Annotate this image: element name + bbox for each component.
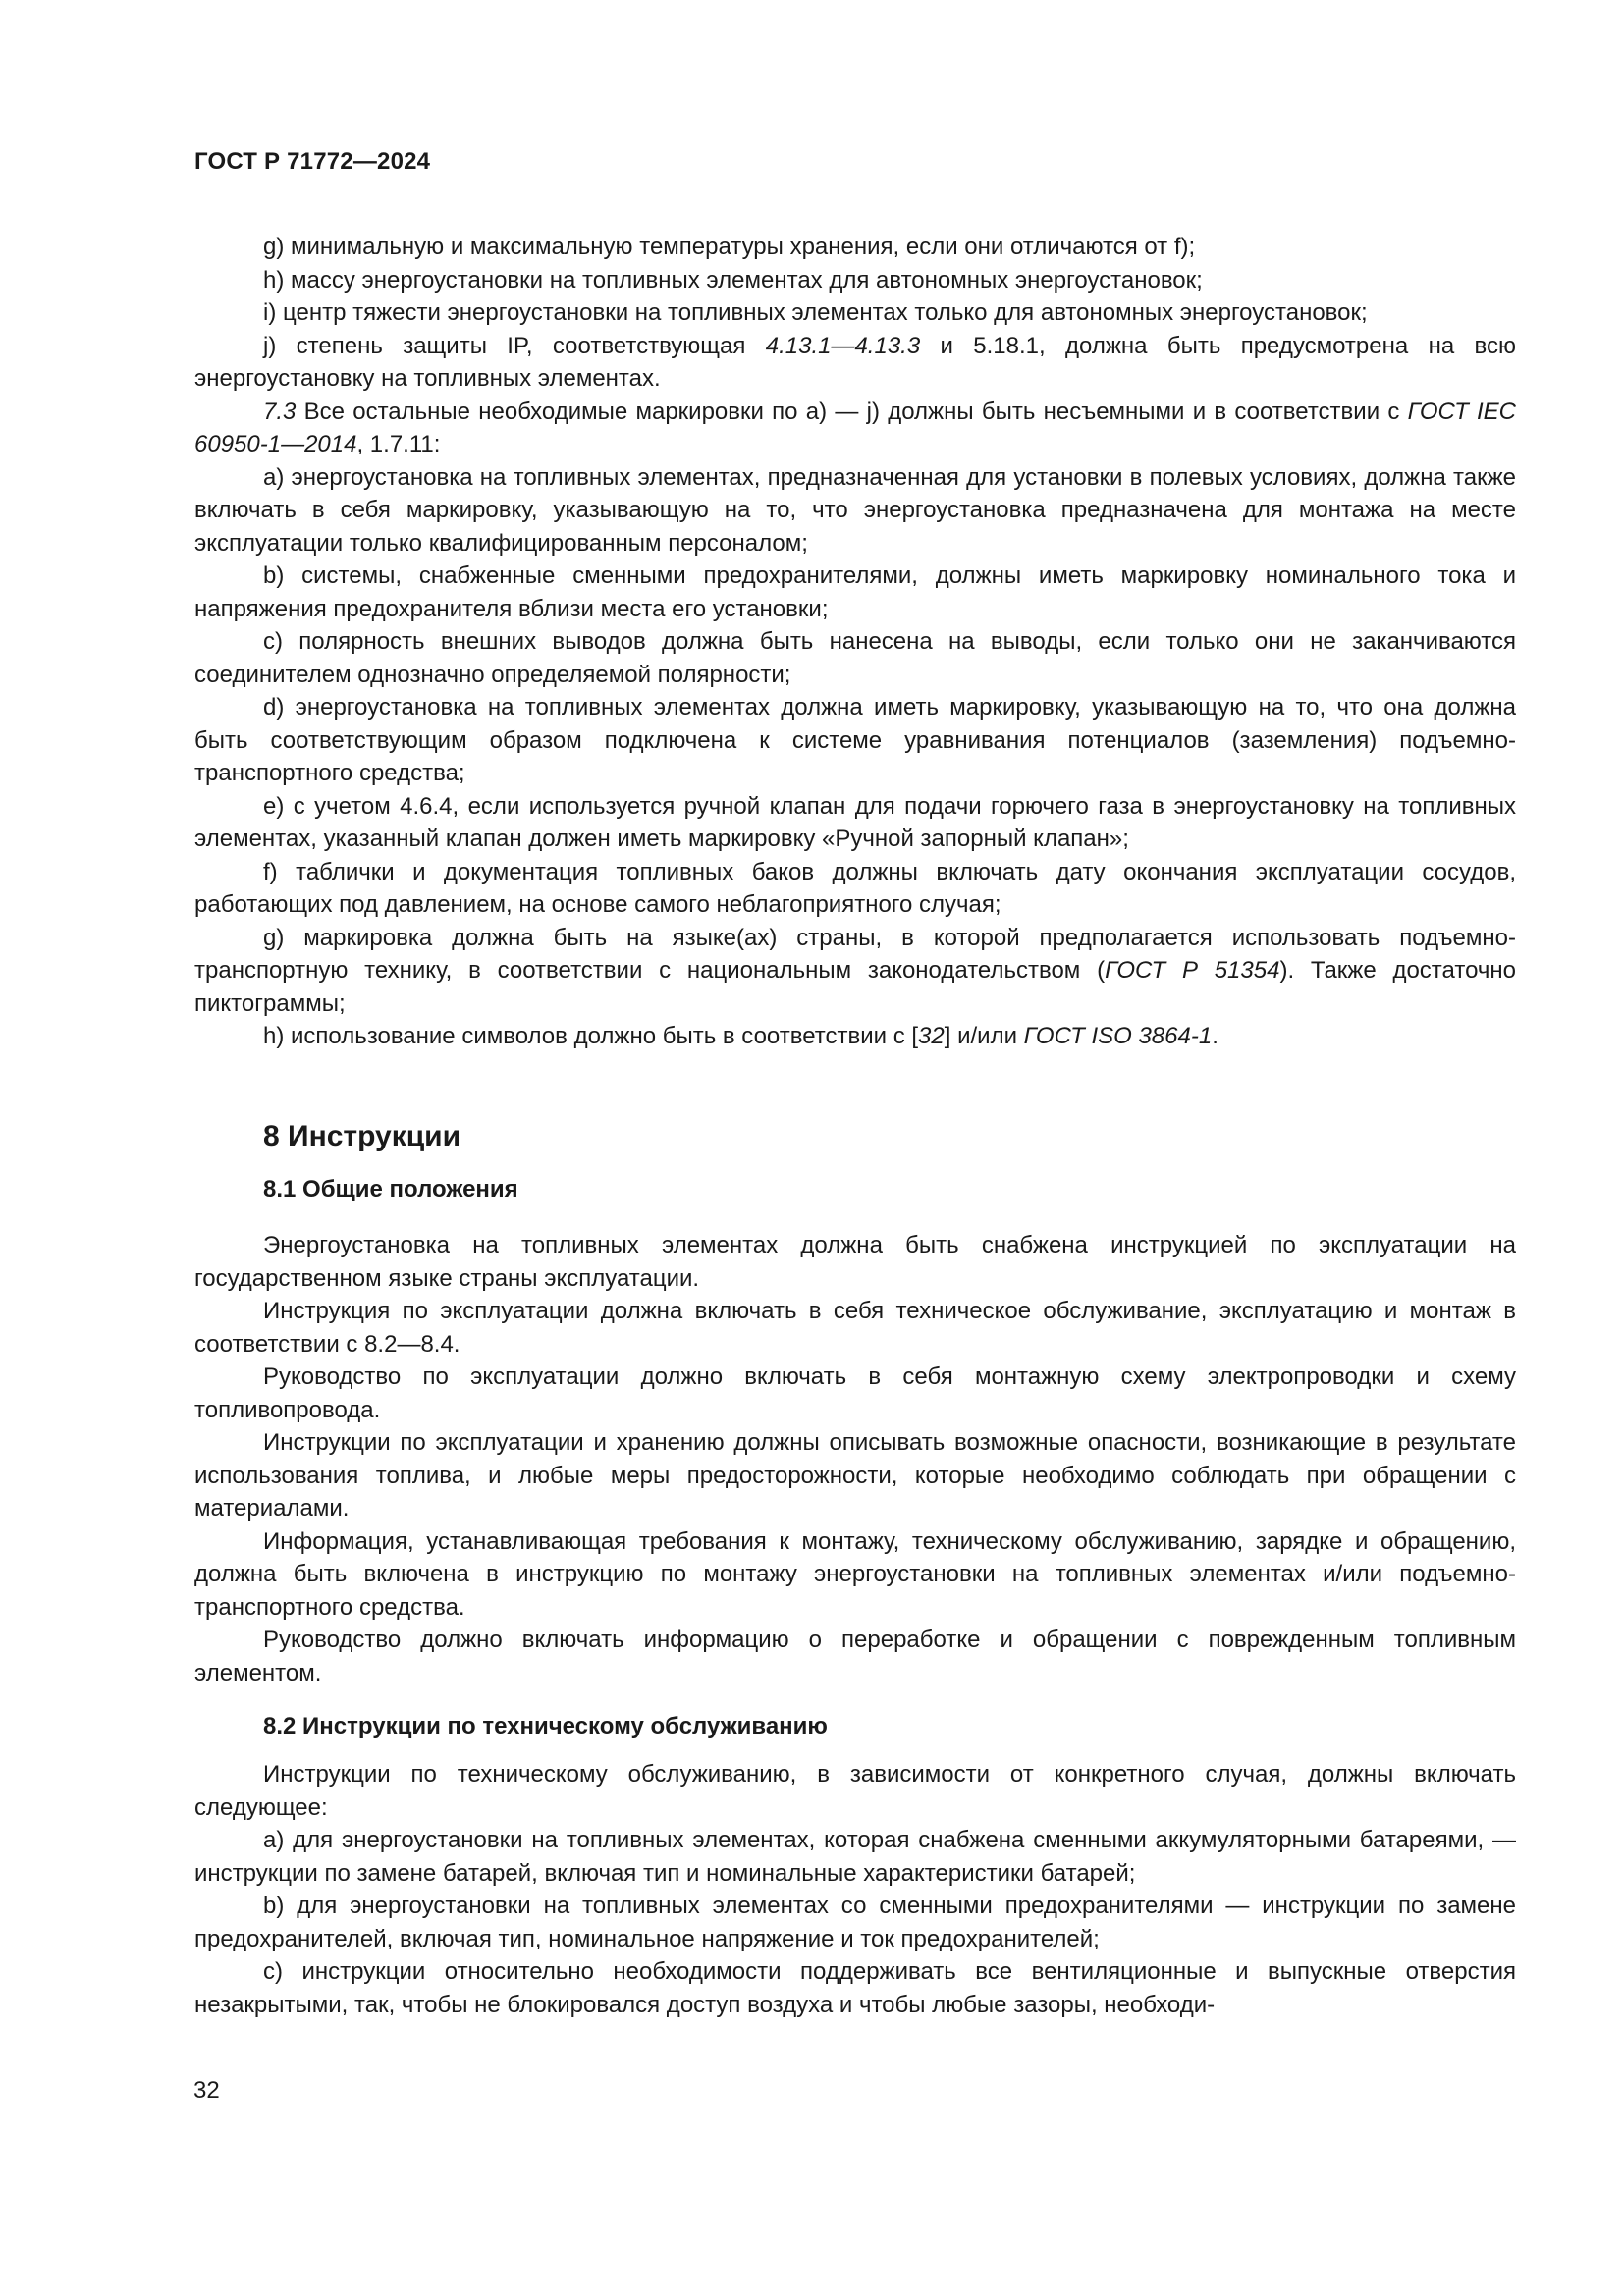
- section-8-1-heading: 8.1 Общие положения: [263, 1176, 518, 1203]
- page-number: 32: [193, 2077, 220, 2105]
- paragraph: e) с учетом 4.6.4, если используется руч…: [194, 790, 1516, 856]
- paragraph: Энергоустановка на топливных элементах д…: [194, 1229, 1516, 1295]
- paragraph: a) энергоустановка на топливных элемента…: [194, 461, 1516, 561]
- paragraph: Руководство должно включать информацию о…: [194, 1624, 1516, 1689]
- paragraph: Руководство по эксплуатации должно включ…: [194, 1361, 1516, 1426]
- paragraph: b) системы, снабженные сменными предохра…: [194, 560, 1516, 625]
- paragraph: Информация, устанавливающая требования к…: [194, 1525, 1516, 1625]
- paragraph: g) маркировка должна быть на языке(ах) с…: [194, 922, 1516, 1021]
- paragraph: d) энергоустановка на топливных элемента…: [194, 691, 1516, 790]
- paragraph: j) степень защиты IP, соответствующая 4.…: [194, 330, 1516, 396]
- paragraph: Инструкции по эксплуатации и хранению до…: [194, 1426, 1516, 1525]
- section-8-2-text: Инструкции по техническому обслуживанию,…: [194, 1758, 1516, 2021]
- paragraph: b) для энергоустановки на топливных элем…: [194, 1890, 1516, 1955]
- paragraph: c) полярность внешних выводов должна быт…: [194, 625, 1516, 691]
- section-8-2-heading: 8.2 Инструкции по техническому обслужива…: [263, 1713, 828, 1740]
- paragraph: g) минимальную и максимальную температур…: [194, 231, 1516, 264]
- paragraph: a) для энергоустановки на топливных элем…: [194, 1824, 1516, 1890]
- paragraph: h) использование символов должно быть в …: [194, 1020, 1516, 1053]
- paragraph: Инструкция по эксплуатации должна включа…: [194, 1295, 1516, 1361]
- section-7-continued-text: g) минимальную и максимальную температур…: [194, 231, 1516, 1053]
- document-id-header: ГОСТ Р 71772—2024: [194, 148, 430, 176]
- paragraph: Инструкции по техническому обслуживанию,…: [194, 1758, 1516, 1824]
- section-8-1-text: Энергоустановка на топливных элементах д…: [194, 1229, 1516, 1689]
- paragraph: h) массу энергоустановки на топливных эл…: [194, 264, 1516, 297]
- paragraph: c) инструкции относительно необходимости…: [194, 1955, 1516, 2021]
- paragraph: 7.3 Все остальные необходимые маркировки…: [194, 396, 1516, 461]
- paragraph: i) центр тяжести энергоустановки на топл…: [194, 296, 1516, 330]
- paragraph: f) таблички и документация топливных бак…: [194, 856, 1516, 922]
- section-8-heading: 8 Инструкции: [263, 1120, 460, 1153]
